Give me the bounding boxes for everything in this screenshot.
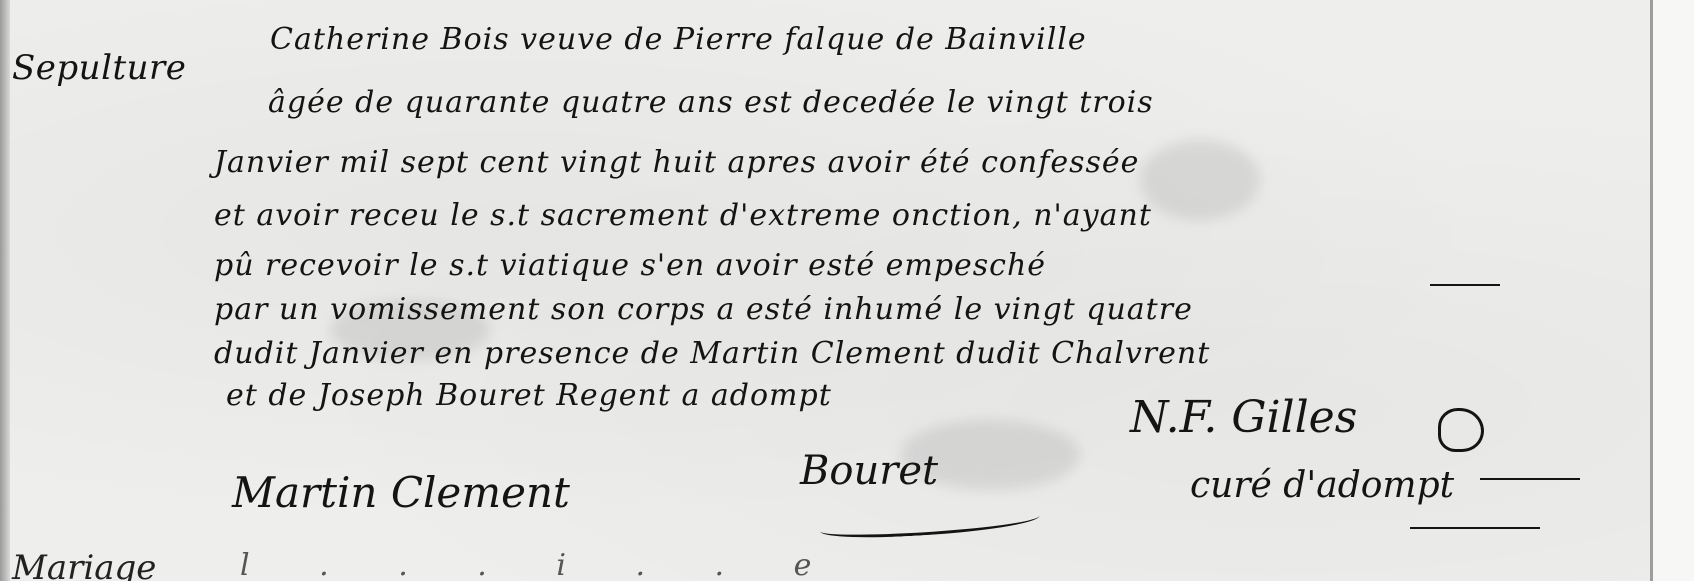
signature-bouret: Bouret bbox=[800, 448, 938, 494]
entry-line-3: Janvier mil sept cent vingt huit apres a… bbox=[214, 145, 1139, 180]
entry-line-6: par un vomissement son corps a esté inhu… bbox=[214, 292, 1193, 327]
next-entry-partial-text: l . . . i . . e bbox=[240, 548, 841, 581]
line-filler-rule bbox=[1430, 284, 1500, 286]
signature-priest-gilles: N.F. Gilles bbox=[1130, 392, 1357, 443]
entry-line-8: et de Joseph Bouret Regent a adompt bbox=[226, 378, 832, 413]
signature-flourish bbox=[820, 506, 1041, 540]
entry-line-2: âgée de quarante quatre ans est decedée … bbox=[268, 85, 1154, 120]
entry-line-7: dudit Janvier en presence de Martin Clem… bbox=[214, 336, 1210, 371]
entry-margin-title: Sepulture bbox=[12, 48, 186, 88]
entry-line-1: Catherine Bois veuve de Pierre falque de… bbox=[270, 22, 1087, 57]
ink-stain bbox=[1140, 140, 1260, 220]
entry-line-5: pû recevoir le s.t viatique s'en avoir e… bbox=[214, 248, 1046, 283]
signature-martin-clement: Martin Clement bbox=[232, 468, 570, 517]
register-page: Sepulture Catherine Bois veuve de Pierre… bbox=[0, 0, 1694, 581]
entry-line-4: et avoir receu le s.t sacrement d'extrem… bbox=[214, 198, 1152, 233]
signature-rule bbox=[1410, 527, 1540, 529]
signature-rule bbox=[1480, 478, 1580, 480]
page-right-edge bbox=[1650, 0, 1694, 581]
signature-priest-title: curé d'adompt bbox=[1190, 465, 1454, 506]
signature-paraph-mark bbox=[1438, 408, 1484, 452]
next-entry-margin-title: Mariage bbox=[12, 548, 156, 581]
page-binding-edge bbox=[0, 0, 10, 581]
